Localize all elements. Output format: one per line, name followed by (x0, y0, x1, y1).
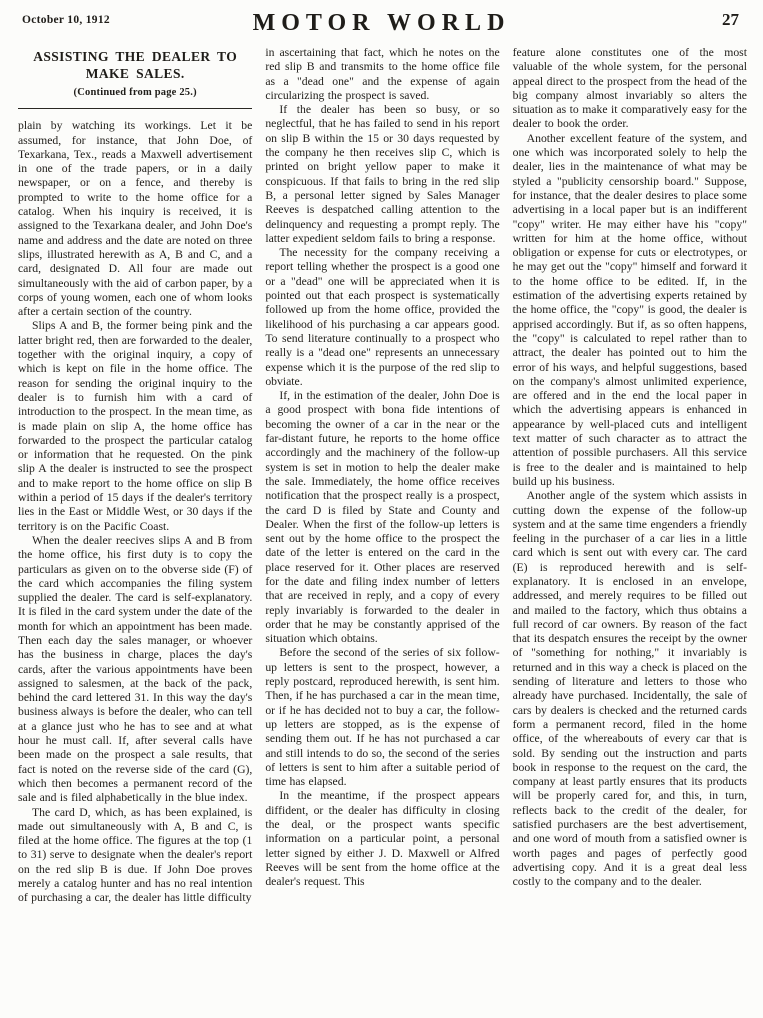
heading-rule (18, 108, 252, 109)
continued-from-note: (Continued from page 25.) (18, 86, 252, 100)
article-paragraph: The card D, which, as has been explained… (18, 806, 252, 906)
article-paragraph: in ascertaining that fact, which he note… (265, 46, 499, 103)
page-number: 27 (722, 10, 739, 30)
article-paragraph: Another excellent feature of the system,… (513, 132, 747, 489)
article-paragraph: When the dealer reecives slips A and B f… (18, 534, 252, 806)
article-paragraph: Slips A and B, the former being pink and… (18, 319, 252, 533)
column-1: ASSISTING THE DEALER TO MAKE SALES. (Con… (18, 46, 252, 906)
masthead: October 10, 1912 MOTOR WORLD 27 (0, 0, 763, 44)
article-title: ASSISTING THE DEALER TO MAKE SALES. (18, 48, 252, 82)
article-paragraph: If, in the estimation of the dealer, Joh… (265, 389, 499, 646)
article-paragraph: In the meantime, if the prospect appears… (265, 789, 499, 889)
column-3: feature alone constitutes one of the mos… (513, 46, 747, 906)
article-paragraph: If the dealer has been so busy, or so ne… (265, 103, 499, 246)
article-columns: ASSISTING THE DEALER TO MAKE SALES. (Con… (0, 44, 763, 906)
article-heading-block: ASSISTING THE DEALER TO MAKE SALES. (Con… (18, 48, 252, 109)
article-paragraph: feature alone constitutes one of the mos… (513, 46, 747, 132)
magazine-page: October 10, 1912 MOTOR WORLD 27 ASSISTIN… (0, 0, 763, 1018)
column-2: in ascertaining that fact, which he note… (265, 46, 499, 906)
article-paragraph: The necessity for the company receiving … (265, 246, 499, 389)
publication-title: MOTOR WORLD (0, 10, 763, 37)
article-paragraph: Another angle of the system which assist… (513, 489, 747, 889)
article-paragraph: plain by watching its workings. Let it b… (18, 119, 252, 319)
article-paragraph: Before the second of the series of six f… (265, 646, 499, 789)
